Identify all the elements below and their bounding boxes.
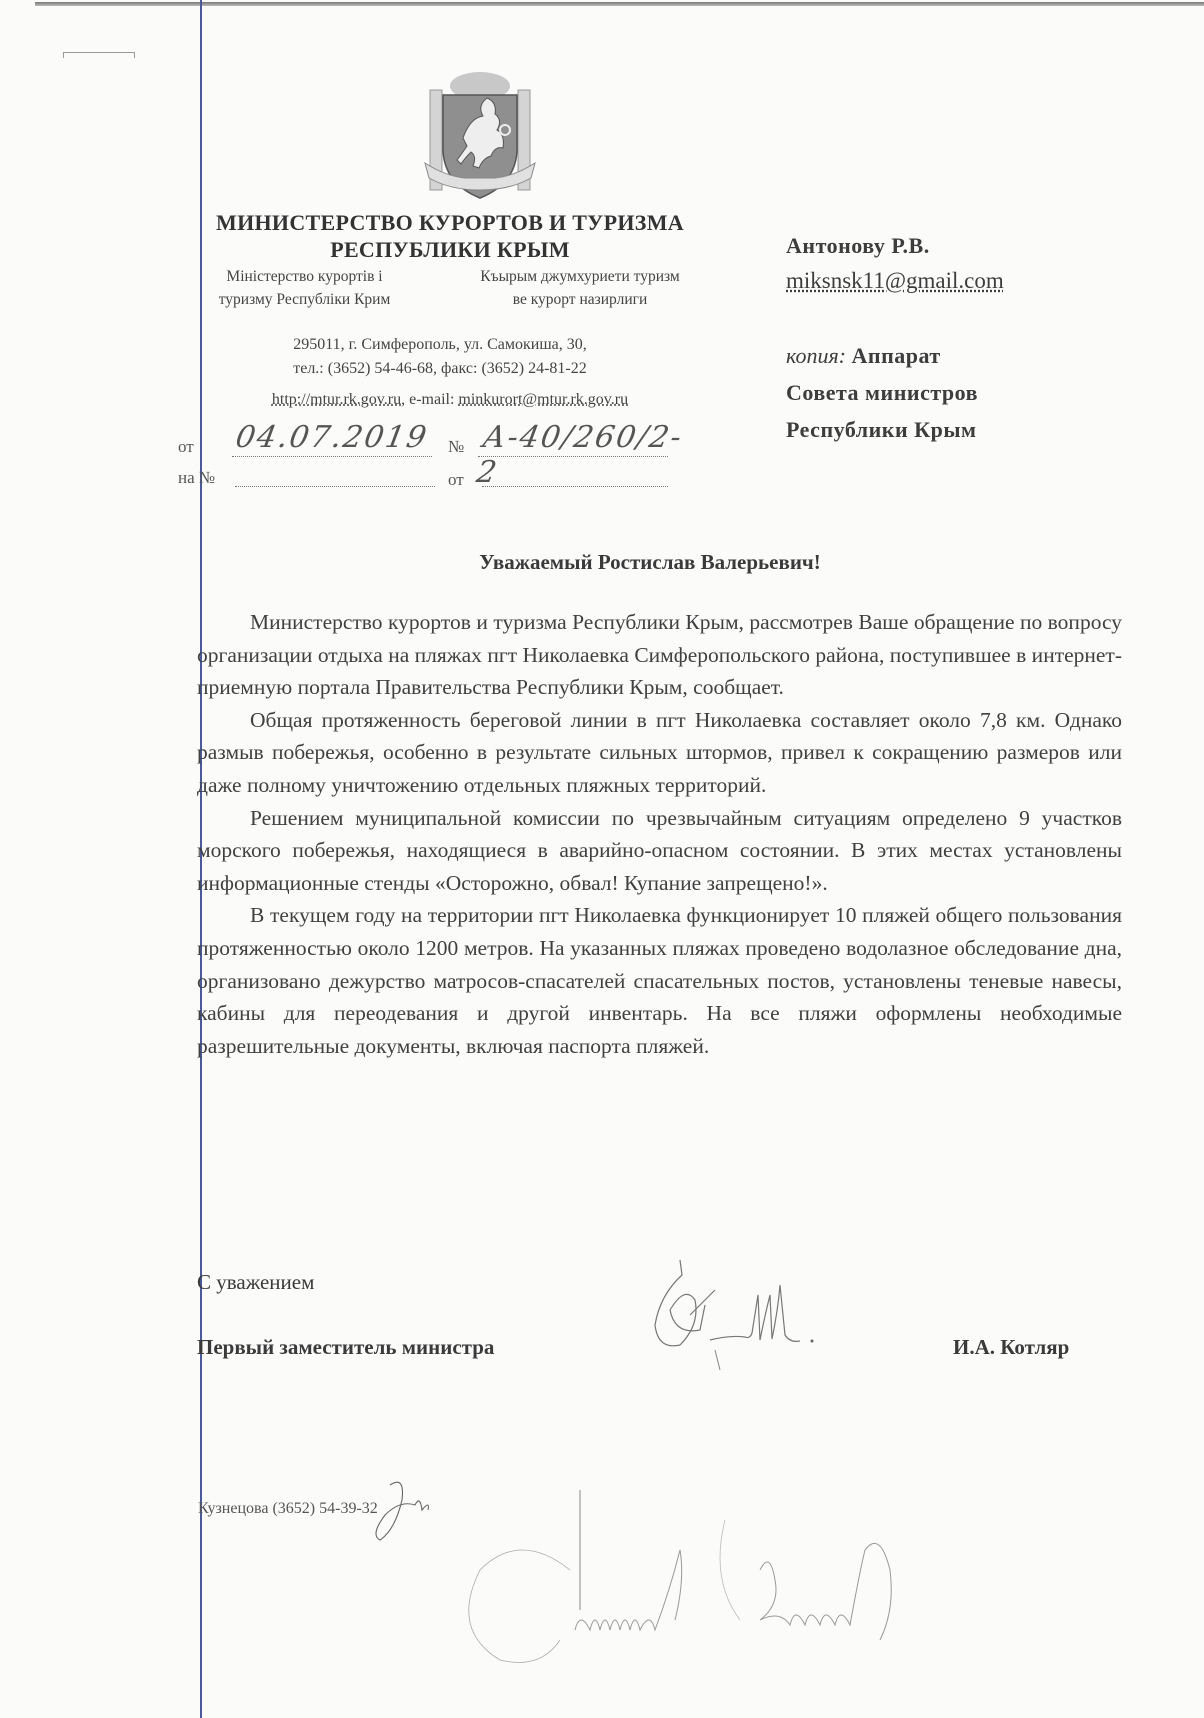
ministry-title-line1: МИНИСТЕРСТВО КУРОРТОВ И ТУРИЗМА	[190, 210, 710, 236]
salutation: Уважаемый Ростислав Валерьевич!	[200, 550, 1100, 575]
reply-from-label: от	[448, 470, 464, 490]
ref-number-label: №	[448, 437, 464, 457]
scan-top-border	[35, 2, 1204, 6]
scan-margin-mark	[63, 52, 135, 58]
ministry-address: 295011, г. Симферополь, ул. Самокиша, 30…	[230, 333, 650, 381]
signer-position: Первый заместитель министра	[197, 1335, 494, 1360]
reply-date-field	[482, 470, 668, 487]
copy-line1: копия: Аппарат	[786, 343, 941, 369]
copy-label: копия:	[786, 343, 846, 368]
copy-line3: Республики Крым	[786, 417, 977, 443]
copy-org1: Аппарат	[852, 343, 941, 368]
reply-number-field	[235, 470, 435, 487]
handwritten-approval-signatures-icon	[440, 1490, 1020, 1680]
address-line1: 295011, г. Симферополь, ул. Самокиша, 30…	[230, 333, 650, 357]
email-prefix: , e-mail:	[401, 391, 458, 408]
copy-line2: Совета министров	[786, 380, 978, 406]
ukrainian-line2: туризму Республіки Крим	[192, 288, 417, 311]
body-paragraph: Министерство курортов и туризма Республи…	[197, 606, 1122, 704]
recipient-name: Антонову Р.В.	[786, 233, 930, 259]
ministry-title-line2: РЕСПУБЛИКИ КРЫМ	[190, 237, 710, 263]
recipient-email[interactable]: miksnsk11@gmail.com	[786, 268, 1004, 294]
ref-date: 04.07.2019	[233, 420, 431, 455]
reply-to-label: на №	[178, 468, 215, 488]
closing-regards: С уважением	[197, 1270, 314, 1295]
ukrainian-line1: Міністерство курортів і	[192, 265, 417, 288]
body-paragraph: В текущем году на территории пгт Николае…	[197, 899, 1122, 1062]
crimea-coat-of-arms-icon	[425, 68, 535, 203]
ref-number-field: А-40/260/2-2	[478, 420, 668, 457]
address-line2: тел.: (3652) 54-46-68, факс: (3652) 24-8…	[230, 357, 650, 381]
signer-name: И.А. Котляр	[953, 1335, 1069, 1360]
letter-body: Министерство курортов и туризма Республи…	[197, 606, 1122, 1062]
ref-from-label: от	[178, 437, 194, 457]
ministry-name-crimean-tatar: Къырым джумхуриети туризм ве курорт нази…	[450, 265, 710, 311]
executor-contact: Кузнецова (3652) 54-39-32	[198, 1500, 378, 1518]
ministry-name-ukrainian: Міністерство курортів і туризму Республі…	[192, 265, 417, 311]
ref-date-field: 04.07.2019	[232, 420, 432, 457]
body-paragraph: Общая протяженность береговой линии в пг…	[197, 704, 1122, 802]
tatar-line1: Къырым джумхуриети туризм	[450, 265, 710, 288]
ministry-contacts: http://mtur.rk.gov.ru, e-mail: minkurort…	[200, 388, 700, 412]
tatar-line2: ве курорт назирлиги	[450, 288, 710, 311]
handwritten-signature-icon	[640, 1255, 890, 1375]
website-link[interactable]: http://mtur.rk.gov.ru	[272, 391, 401, 408]
body-paragraph: Решением муниципальной комиссии по чрезв…	[197, 802, 1122, 900]
ministry-email-link[interactable]: minkurort@mtur.rk.gov.ru	[458, 391, 628, 408]
